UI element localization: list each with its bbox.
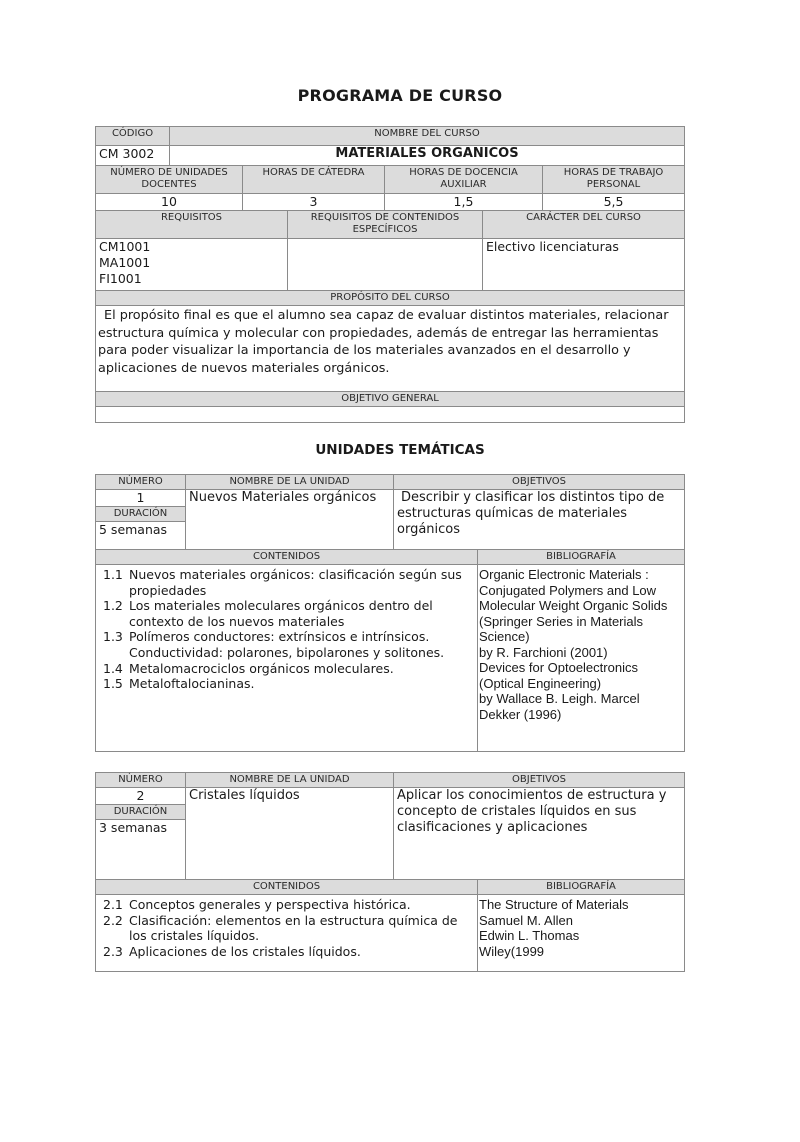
personal-hours-value: 5,5 — [543, 194, 685, 211]
content-item: 1.2Los materiales moleculares orgánicos … — [103, 598, 474, 629]
content-number: 1.4 — [103, 661, 129, 677]
unit-duration: 5 semanas — [96, 522, 185, 538]
units-value: 10 — [96, 194, 243, 211]
content-item: 2.2Clasificación: elementos en la estruc… — [103, 913, 474, 944]
content-item: 2.3Aplicaciones de los cristales líquido… — [103, 944, 474, 960]
general-objective-value — [96, 407, 685, 423]
number-label: NÚMERO — [96, 475, 186, 490]
bibliography-label: BIBLIOGRAFÍA — [478, 880, 685, 895]
content-number: 1.3 — [103, 629, 129, 645]
duration-label: DURACIÓN — [96, 506, 185, 522]
content-item: 1.5Metaloftalocianinas. — [103, 676, 474, 692]
unit-contents: 1.1Nuevos materiales orgánicos: clasific… — [96, 565, 478, 752]
content-item: 2.1Conceptos generales y perspectiva his… — [103, 897, 474, 913]
purpose-label: PROPÓSITO DEL CURSO — [96, 291, 685, 306]
unit-name-label: NOMBRE DE LA UNIDAD — [186, 475, 394, 490]
number-label: NÚMERO — [96, 773, 186, 788]
personal-hours-label: HORAS DE TRABAJO PERSONAL — [543, 166, 685, 194]
course-name: MATERIALES ORGANICOS — [170, 146, 685, 166]
unit-name: Cristales líquidos — [186, 788, 394, 880]
unit-number: 2 — [96, 788, 185, 804]
unit-table: NÚMERO NOMBRE DE LA UNIDAD OBJETIVOS 1 D… — [95, 474, 685, 752]
aux-hours-value: 1,5 — [385, 194, 543, 211]
section-title: UNIDADES TEMÁTICAS — [0, 442, 800, 458]
unit-bibliography: The Structure of Materials Samuel M. All… — [478, 895, 685, 972]
course-name-label: NOMBRE DEL CURSO — [170, 127, 685, 146]
content-number: 2.3 — [103, 944, 129, 960]
unit-bibliography: Organic Electronic Materials : Conjugate… — [478, 565, 685, 752]
general-objective-label: OBJETIVO GENERAL — [96, 392, 685, 407]
requirement-item: MA1001 — [99, 255, 284, 271]
unit-meta: 1 DURACIÓN 5 semanas — [96, 490, 186, 550]
content-number: 1.5 — [103, 676, 129, 692]
content-requirements-value — [288, 239, 483, 291]
content-number: 1.2 — [103, 598, 129, 614]
unit-duration: 3 semanas — [96, 820, 185, 836]
objectives-label: OBJETIVOS — [394, 475, 685, 490]
content-text: Clasificación: elementos en la estructur… — [129, 913, 457, 944]
content-text: Metalomacrociclos orgánicos moleculares. — [129, 661, 394, 676]
content-number: 2.1 — [103, 897, 129, 913]
objectives-label: OBJETIVOS — [394, 773, 685, 788]
character-value: Electivo licenciaturas — [483, 239, 685, 291]
content-text: Conceptos generales y perspectiva histór… — [129, 897, 411, 912]
character-label: CARÁCTER DEL CURSO — [483, 211, 685, 239]
contents-list: 1.1Nuevos materiales orgánicos: clasific… — [99, 565, 474, 692]
course-info-table: CÓDIGO NOMBRE DEL CURSO CM 3002 MATERIAL… — [95, 126, 685, 423]
content-text: Nuevos materiales orgánicos: clasificaci… — [129, 567, 462, 598]
content-number: 1.1 — [103, 567, 129, 583]
unit-table: NÚMERO NOMBRE DE LA UNIDAD OBJETIVOS 2 D… — [95, 772, 685, 972]
unit-name: Nuevos Materiales orgánicos — [186, 490, 394, 550]
unit-meta: 2 DURACIÓN 3 semanas — [96, 788, 186, 880]
contents-list: 2.1Conceptos generales y perspectiva his… — [99, 895, 474, 959]
unit-objectives: Describir y clasificar los distintos tip… — [394, 490, 685, 550]
content-text: Metaloftalocianinas. — [129, 676, 255, 691]
requirements-list: CM1001 MA1001 FI1001 — [96, 239, 288, 291]
content-item: 1.3Polímeros conductores: extrínsicos e … — [103, 629, 474, 660]
course-code: CM 3002 — [96, 146, 170, 166]
unit-number: 1 — [96, 490, 185, 506]
requirement-item: CM1001 — [99, 239, 284, 255]
unit-contents: 2.1Conceptos generales y perspectiva his… — [96, 895, 478, 972]
unit-objectives: Aplicar los conocimientos de estructura … — [394, 788, 685, 880]
unit-name-label: NOMBRE DE LA UNIDAD — [186, 773, 394, 788]
duration-label: DURACIÓN — [96, 804, 185, 820]
content-text: Aplicaciones de los cristales líquidos. — [129, 944, 361, 959]
lecture-hours-value: 3 — [243, 194, 385, 211]
contents-label: CONTENIDOS — [96, 550, 478, 565]
content-number: 2.2 — [103, 913, 129, 929]
bibliography-label: BIBLIOGRAFÍA — [478, 550, 685, 565]
content-item: 1.1Nuevos materiales orgánicos: clasific… — [103, 567, 474, 598]
code-label: CÓDIGO — [96, 127, 170, 146]
requirement-item: FI1001 — [99, 271, 284, 287]
page-title: PROGRAMA DE CURSO — [0, 86, 800, 105]
content-text: Polímeros conductores: extrínsicos e int… — [129, 629, 444, 660]
contents-label: CONTENIDOS — [96, 880, 478, 895]
aux-hours-label: HORAS DE DOCENCIA AUXILIAR — [385, 166, 543, 194]
purpose-text: El propósito final es que el alumno sea … — [96, 306, 685, 392]
units-label: NÚMERO DE UNIDADES DOCENTES — [96, 166, 243, 194]
lecture-hours-label: HORAS DE CÁTEDRA — [243, 166, 385, 194]
content-requirements-label: REQUISITOS DE CONTENIDOS ESPECÍFICOS — [288, 211, 483, 239]
content-item: 1.4Metalomacrociclos orgánicos molecular… — [103, 661, 474, 677]
content-text: Los materiales moleculares orgánicos den… — [129, 598, 433, 629]
requirements-label: REQUISITOS — [96, 211, 288, 239]
